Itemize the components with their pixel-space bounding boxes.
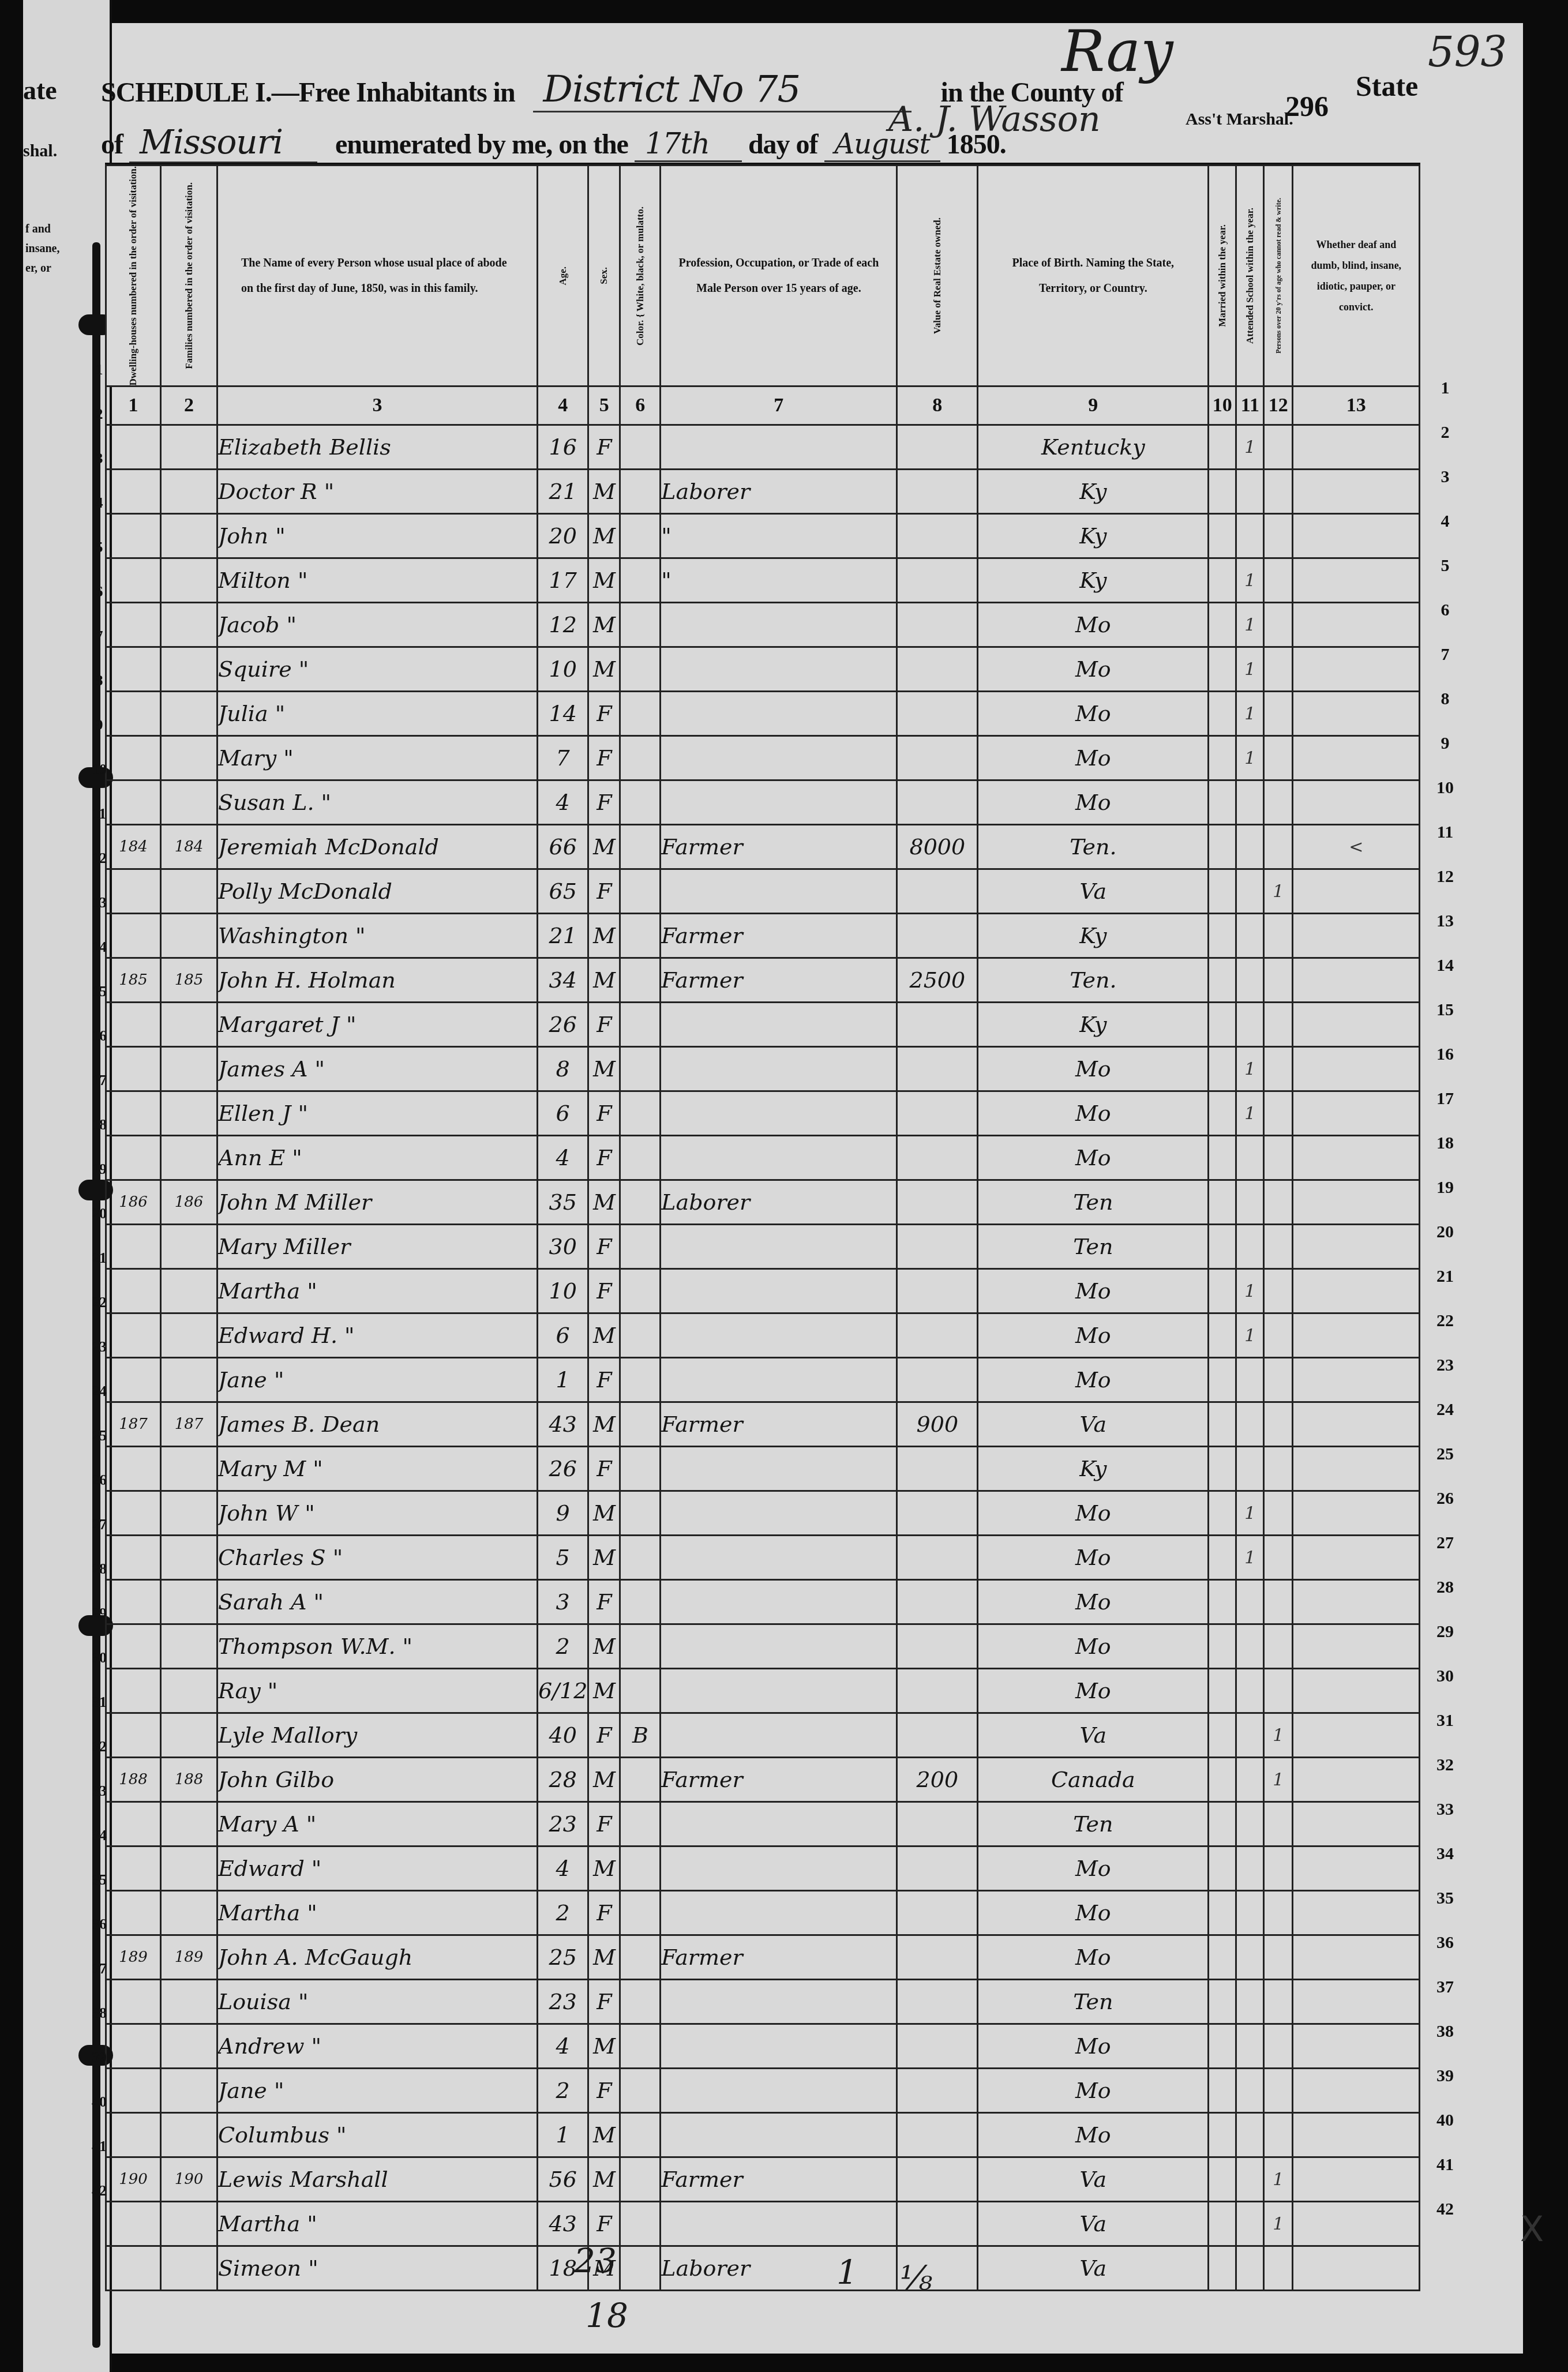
margin-x-mark: X: [1520, 2209, 1544, 2250]
person-name-cell: Jane ": [217, 2069, 538, 2113]
line-number-left: 2: [87, 406, 112, 423]
cannot-read-write-cell: [1264, 2069, 1293, 2113]
family-number-cell: [161, 736, 217, 780]
line-number: 27: [1425, 1533, 1465, 1553]
sex-cell: F: [588, 1091, 620, 1136]
real-estate-value-cell: [897, 692, 978, 736]
birthplace-cell: Ten.: [978, 825, 1209, 869]
attended-school-cell: 1: [1236, 736, 1264, 780]
age-cell: 4: [538, 1136, 588, 1180]
age-cell: 1: [538, 2113, 588, 2157]
person-name-cell: James B. Dean: [217, 1402, 538, 1447]
cannot-read-write-cell: [1264, 470, 1293, 514]
person-name-cell: Julia ": [217, 692, 538, 736]
person-name-cell: Edward H. ": [217, 1313, 538, 1358]
person-name-cell: Squire ": [217, 647, 538, 692]
deaf-blind-insane-cell: [1293, 1846, 1420, 1891]
table-row: Washington "21MFarmerKy: [106, 914, 1420, 958]
attended-school-cell: [1236, 2157, 1264, 2202]
cannot-read-write-cell: [1264, 1491, 1293, 1536]
age-cell: 66: [538, 825, 588, 869]
color-cell: [620, 1846, 661, 1891]
census-table: Dwelling-houses numbered in the order of…: [105, 164, 1420, 2291]
married-within-year-cell: [1209, 1313, 1236, 1358]
col-header-school: Attended School within the year.: [1236, 166, 1264, 386]
occupation-cell: [661, 647, 897, 692]
age-cell: 9: [538, 1491, 588, 1536]
attended-school-cell: [1236, 1402, 1264, 1447]
line-number: 29: [1425, 1622, 1465, 1642]
line-number-left: 40: [87, 2093, 112, 2111]
age-cell: 26: [538, 1447, 588, 1491]
color-cell: [620, 1225, 661, 1269]
color-cell: [620, 1891, 661, 1935]
line-number-left: 30: [87, 1649, 112, 1667]
attended-school-cell: [1236, 1447, 1264, 1491]
line-number-left: 22: [87, 1294, 112, 1311]
line-number-left: 33: [87, 1782, 112, 1800]
line-number: 40: [1425, 2111, 1465, 2130]
occupation-cell: [661, 1802, 897, 1846]
married-within-year-cell: [1209, 1713, 1236, 1758]
deaf-blind-insane-cell: [1293, 470, 1420, 514]
attended-school-cell: [1236, 780, 1264, 825]
sex-cell: M: [588, 1536, 620, 1580]
dwelling-number-cell: [106, 1536, 161, 1580]
color-cell: [620, 1136, 661, 1180]
sex-cell: F: [588, 425, 620, 470]
occupation-cell: Farmer: [661, 914, 897, 958]
birthplace-cell: Mo: [978, 1269, 1209, 1313]
sex-cell: M: [588, 647, 620, 692]
line-number: 37: [1425, 1977, 1465, 1997]
line-number-left: 12: [87, 850, 112, 867]
color-cell: [620, 2069, 661, 2113]
occupation-cell: [661, 1580, 897, 1624]
tally-colored: 1: [836, 2253, 858, 2292]
dwelling-number-cell: [106, 603, 161, 647]
line-number: 35: [1425, 1889, 1465, 1908]
real-estate-value-cell: 8000: [897, 825, 978, 869]
deaf-blind-insane-cell: [1293, 869, 1420, 914]
birthplace-cell: Ten: [978, 1802, 1209, 1846]
married-within-year-cell: [1209, 825, 1236, 869]
age-cell: 1: [538, 1358, 588, 1402]
age-cell: 10: [538, 1269, 588, 1313]
table-row: John "20M"Ky: [106, 514, 1420, 558]
married-within-year-cell: [1209, 1091, 1236, 1136]
married-within-year-cell: [1209, 1269, 1236, 1313]
occupation-cell: [661, 1669, 897, 1713]
dwelling-number-cell: 188: [106, 1758, 161, 1802]
age-cell: 21: [538, 470, 588, 514]
line-number-left: 5: [87, 539, 112, 556]
family-number-cell: [161, 558, 217, 603]
age-cell: 20: [538, 514, 588, 558]
real-estate-value-cell: 2500: [897, 958, 978, 1003]
real-estate-value-cell: [897, 1225, 978, 1269]
family-number-cell: [161, 1580, 217, 1624]
cannot-read-write-cell: [1264, 958, 1293, 1003]
married-within-year-cell: [1209, 1669, 1236, 1713]
family-number-cell: [161, 1225, 217, 1269]
family-number-cell: [161, 1802, 217, 1846]
line-number: 36: [1425, 1933, 1465, 1953]
sex-cell: M: [588, 603, 620, 647]
real-estate-value-cell: [897, 1624, 978, 1669]
color-cell: [620, 1003, 661, 1047]
person-name-cell: Margaret J ": [217, 1003, 538, 1047]
dwelling-number-cell: [106, 736, 161, 780]
film-edge: [1528, 0, 1568, 2372]
table-row: James A "8MMo1: [106, 1047, 1420, 1091]
birthplace-cell: Ky: [978, 914, 1209, 958]
line-number-left: 20: [87, 1205, 112, 1222]
cannot-read-write-cell: [1264, 1225, 1293, 1269]
real-estate-value-cell: [897, 1180, 978, 1225]
occupation-cell: [661, 1980, 897, 2024]
person-name-cell: Elizabeth Bellis: [217, 425, 538, 470]
real-estate-value-cell: [897, 1269, 978, 1313]
person-name-cell: John A. McGaugh: [217, 1935, 538, 1980]
married-within-year-cell: [1209, 958, 1236, 1003]
cannot-read-write-cell: [1264, 1313, 1293, 1358]
line-number-left: 37: [87, 1960, 112, 1977]
family-number-cell: [161, 2069, 217, 2113]
cannot-read-write-cell: [1264, 514, 1293, 558]
table-row: Charles S "5MMo1: [106, 1536, 1420, 1580]
family-number-cell: 186: [161, 1180, 217, 1225]
cannot-read-write-cell: [1264, 1269, 1293, 1313]
schedule-title: SCHEDULE I.—Free Inhabitants in: [101, 77, 515, 108]
dwelling-number-cell: [106, 1669, 161, 1713]
family-number-cell: [161, 1846, 217, 1891]
attended-school-cell: [1236, 914, 1264, 958]
sex-cell: M: [588, 514, 620, 558]
cannot-read-write-cell: [1264, 558, 1293, 603]
line-number: 2: [1425, 423, 1465, 442]
deaf-blind-insane-cell: [1293, 1802, 1420, 1846]
color-cell: [620, 2113, 661, 2157]
cannot-read-write-cell: [1264, 2024, 1293, 2069]
table-row: Mary A "23FTen: [106, 1802, 1420, 1846]
sex-cell: F: [588, 2069, 620, 2113]
dwelling-number-cell: [106, 780, 161, 825]
line-number: 14: [1425, 956, 1465, 975]
person-name-cell: Mary M ": [217, 1447, 538, 1491]
married-within-year-cell: [1209, 1003, 1236, 1047]
cannot-read-write-cell: [1264, 647, 1293, 692]
birthplace-cell: Ky: [978, 470, 1209, 514]
dwelling-number-cell: [106, 1891, 161, 1935]
family-number-cell: [161, 470, 217, 514]
birthplace-cell: Va: [978, 1402, 1209, 1447]
district-field: District No 75: [533, 68, 911, 112]
color-cell: [620, 1180, 661, 1225]
attended-school-cell: [1236, 869, 1264, 914]
family-number-cell: [161, 2202, 217, 2246]
col-header-married: Married within the year.: [1209, 166, 1236, 386]
deaf-blind-insane-cell: [1293, 2113, 1420, 2157]
family-number-cell: 190: [161, 2157, 217, 2202]
line-number: 32: [1425, 1755, 1465, 1775]
married-within-year-cell: [1209, 2024, 1236, 2069]
deaf-blind-insane-cell: [1293, 1669, 1420, 1713]
age-cell: 17: [538, 558, 588, 603]
cannot-read-write-cell: [1264, 1980, 1293, 2024]
line-number: 42: [1425, 2200, 1465, 2219]
age-cell: 40: [538, 1713, 588, 1758]
dwelling-number-cell: [106, 1003, 161, 1047]
birthplace-cell: Mo: [978, 2113, 1209, 2157]
color-cell: [620, 1580, 661, 1624]
married-within-year-cell: [1209, 1447, 1236, 1491]
deaf-blind-insane-cell: [1293, 1580, 1420, 1624]
dwelling-number-cell: [106, 1269, 161, 1313]
sheet-number: 593: [1428, 28, 1507, 76]
dwelling-number-cell: [106, 1491, 161, 1536]
table-row: John W "9MMo1: [106, 1491, 1420, 1536]
person-name-cell: Mary A ": [217, 1802, 538, 1846]
married-within-year-cell: [1209, 1891, 1236, 1935]
age-cell: 30: [538, 1225, 588, 1269]
dwelling-number-cell: 185: [106, 958, 161, 1003]
occupation-cell: Laborer: [661, 2246, 897, 2291]
dwelling-number-cell: [106, 1358, 161, 1402]
age-cell: 23: [538, 1802, 588, 1846]
col-header-deaf-blind: Whether deaf and dumb, blind, insane, id…: [1293, 166, 1420, 386]
dwelling-number-cell: [106, 514, 161, 558]
cannot-read-write-cell: [1264, 1536, 1293, 1580]
sex-cell: F: [588, 1358, 620, 1402]
deaf-blind-insane-cell: [1293, 1935, 1420, 1980]
cannot-read-write-cell: [1264, 1891, 1293, 1935]
cannot-read-write-cell: [1264, 1047, 1293, 1091]
person-name-cell: Jeremiah McDonald: [217, 825, 538, 869]
family-number-cell: [161, 1713, 217, 1758]
line-number-left: 18: [87, 1116, 112, 1134]
color-cell: [620, 1047, 661, 1091]
attended-school-cell: 1: [1236, 692, 1264, 736]
sex-cell: F: [588, 1136, 620, 1180]
sex-cell: M: [588, 1313, 620, 1358]
color-cell: [620, 914, 661, 958]
color-cell: [620, 1669, 661, 1713]
deaf-blind-insane-cell: [1293, 514, 1420, 558]
cannot-read-write-cell: [1264, 736, 1293, 780]
line-number-left: 39: [87, 2049, 112, 2066]
deaf-blind-insane-cell: [1293, 2246, 1420, 2291]
attended-school-cell: 1: [1236, 1047, 1264, 1091]
marshal-signature: A. J. Wasson: [888, 99, 1101, 140]
attended-school-cell: [1236, 514, 1264, 558]
birthplace-cell: Mo: [978, 1624, 1209, 1669]
attended-school-cell: [1236, 1713, 1264, 1758]
line-number-left: 17: [87, 1072, 112, 1089]
line-number: 13: [1425, 911, 1465, 931]
color-cell: [620, 1536, 661, 1580]
line-number-left: 24: [87, 1383, 112, 1400]
color-cell: [620, 869, 661, 914]
table-row: Doctor R "21MLaborerKy: [106, 470, 1420, 514]
real-estate-value-cell: [897, 603, 978, 647]
person-name-cell: Jacob ": [217, 603, 538, 647]
color-cell: [620, 2157, 661, 2202]
family-number-cell: 185: [161, 958, 217, 1003]
facing-state-label: ate: [23, 75, 57, 106]
state-field: Missouri: [129, 122, 317, 163]
line-number-left: 21: [87, 1249, 112, 1267]
deaf-blind-insane-cell: [1293, 1091, 1420, 1136]
birthplace-cell: Mo: [978, 1846, 1209, 1891]
age-cell: 56: [538, 2157, 588, 2202]
sex-cell: M: [588, 1402, 620, 1447]
attended-school-cell: [1236, 1891, 1264, 1935]
married-within-year-cell: [1209, 1536, 1236, 1580]
birthplace-cell: Va: [978, 2246, 1209, 2291]
table-row: 185185John H. Holman34MFarmer2500Ten.: [106, 958, 1420, 1003]
line-number: 16: [1425, 1045, 1465, 1064]
line-number: 1: [1425, 378, 1465, 398]
color-cell: [620, 825, 661, 869]
line-number-left: 4: [87, 494, 112, 512]
enumeration-line: of Missouri enumerated by me, on the 17t…: [101, 122, 1006, 163]
dwelling-number-cell: [106, 692, 161, 736]
col-header-illiterate: Persons over 20 y'rs of age who cannot r…: [1264, 166, 1293, 386]
table-row: Louisa "23FTen: [106, 1980, 1420, 2024]
cannot-read-write-cell: [1264, 1802, 1293, 1846]
facing-marshal-label: shal.: [23, 141, 57, 161]
real-estate-value-cell: [897, 1713, 978, 1758]
cannot-read-write-cell: [1264, 1624, 1293, 1669]
married-within-year-cell: [1209, 780, 1236, 825]
col-header-family: Families numbered in the order of visita…: [161, 166, 217, 386]
state-label: State: [1356, 69, 1418, 103]
married-within-year-cell: [1209, 1136, 1236, 1180]
occupation-cell: [661, 425, 897, 470]
age-cell: 10: [538, 647, 588, 692]
color-cell: [620, 2024, 661, 2069]
dwelling-number-cell: 186: [106, 1180, 161, 1225]
birthplace-cell: Va: [978, 2202, 1209, 2246]
dwelling-number-cell: [106, 2113, 161, 2157]
dwelling-number-cell: [106, 1136, 161, 1180]
birthplace-cell: Mo: [978, 692, 1209, 736]
table-row: 190190Lewis Marshall56MFarmerVa1: [106, 2157, 1420, 2202]
deaf-blind-insane-cell: [1293, 647, 1420, 692]
attended-school-cell: [1236, 1980, 1264, 2024]
age-cell: 6: [538, 1313, 588, 1358]
occupation-cell: [661, 869, 897, 914]
family-number-cell: 189: [161, 1935, 217, 1980]
sex-cell: F: [588, 1269, 620, 1313]
birthplace-cell: Mo: [978, 1580, 1209, 1624]
cannot-read-write-cell: [1264, 425, 1293, 470]
age-cell: 21: [538, 914, 588, 958]
family-number-cell: [161, 1624, 217, 1669]
column-numbers: 1 2 3 4 5 6 7 8 9 10 11 12 13: [106, 386, 1420, 425]
table-row: Milton "17M"Ky1: [106, 558, 1420, 603]
birthplace-cell: Mo: [978, 2069, 1209, 2113]
sex-cell: M: [588, 1669, 620, 1713]
dwelling-number-cell: 184: [106, 825, 161, 869]
birthplace-cell: Mo: [978, 1669, 1209, 1713]
cannot-read-write-cell: [1264, 1358, 1293, 1402]
married-within-year-cell: [1209, 1802, 1236, 1846]
person-name-cell: John M Miller: [217, 1180, 538, 1225]
deaf-blind-insane-cell: [1293, 1047, 1420, 1091]
married-within-year-cell: [1209, 1980, 1236, 2024]
occupation-cell: Laborer: [661, 1180, 897, 1225]
deaf-blind-insane-cell: [1293, 1980, 1420, 2024]
cannot-read-write-cell: [1264, 1669, 1293, 1713]
birthplace-cell: Va: [978, 869, 1209, 914]
table-row: Edward H. "6MMo1: [106, 1313, 1420, 1358]
birthplace-cell: Ky: [978, 514, 1209, 558]
dwelling-number-cell: [106, 558, 161, 603]
attended-school-cell: [1236, 958, 1264, 1003]
occupation-cell: [661, 736, 897, 780]
real-estate-value-cell: [897, 1358, 978, 1402]
line-number: 33: [1425, 1800, 1465, 1819]
married-within-year-cell: [1209, 1047, 1236, 1091]
age-cell: 16: [538, 425, 588, 470]
sex-cell: M: [588, 1180, 620, 1225]
line-number: 23: [1425, 1356, 1465, 1375]
deaf-blind-insane-cell: [1293, 1536, 1420, 1580]
occupation-cell: [661, 1269, 897, 1313]
person-name-cell: Jane ": [217, 1358, 538, 1402]
person-name-cell: Ray ": [217, 1669, 538, 1713]
col-header-name: The Name of every Person whose usual pla…: [217, 166, 538, 386]
real-estate-value-cell: [897, 2157, 978, 2202]
dwelling-number-cell: 190: [106, 2157, 161, 2202]
color-cell: [620, 514, 661, 558]
married-within-year-cell: [1209, 558, 1236, 603]
line-number: 22: [1425, 1311, 1465, 1331]
cannot-read-write-cell: 1: [1264, 1758, 1293, 1802]
attended-school-cell: [1236, 1003, 1264, 1047]
person-name-cell: Simeon ": [217, 2246, 538, 2291]
dwelling-number-cell: [106, 647, 161, 692]
cannot-read-write-cell: [1264, 1447, 1293, 1491]
sex-cell: M: [588, 1935, 620, 1980]
sex-cell: M: [588, 470, 620, 514]
real-estate-value-cell: [897, 514, 978, 558]
age-cell: 4: [538, 780, 588, 825]
line-number: 24: [1425, 1400, 1465, 1420]
person-name-cell: John H. Holman: [217, 958, 538, 1003]
cannot-read-write-cell: [1264, 1402, 1293, 1447]
birthplace-cell: Mo: [978, 1536, 1209, 1580]
dwelling-number-cell: 187: [106, 1402, 161, 1447]
real-estate-value-cell: [897, 1935, 978, 1980]
deaf-blind-insane-cell: [1293, 2202, 1420, 2246]
real-estate-value-cell: [897, 1003, 978, 1047]
sex-cell: M: [588, 825, 620, 869]
age-cell: 2: [538, 1891, 588, 1935]
person-name-cell: John ": [217, 514, 538, 558]
birthplace-cell: Kentucky: [978, 425, 1209, 470]
sex-cell: M: [588, 2157, 620, 2202]
attended-school-cell: [1236, 2113, 1264, 2157]
birthplace-cell: Mo: [978, 1047, 1209, 1091]
birthplace-cell: Mo: [978, 780, 1209, 825]
cannot-read-write-cell: [1264, 692, 1293, 736]
deaf-blind-insane-cell: [1293, 692, 1420, 736]
married-within-year-cell: [1209, 736, 1236, 780]
married-within-year-cell: [1209, 470, 1236, 514]
